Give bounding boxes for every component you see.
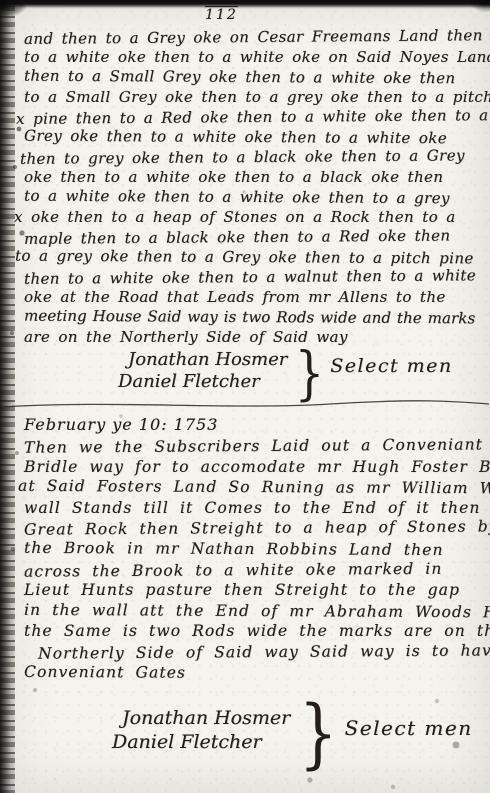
signature-names: Jonathan Hosmer Daniel Fletcher: [122, 706, 290, 754]
manuscript-line: Then we the Subscribers Laid out a Conve…: [24, 434, 486, 458]
manuscript-line: Conveniant Gates: [24, 661, 486, 684]
signature-block-2: Jonathan Hosmer Daniel Fletcher } Select…: [122, 706, 473, 766]
entry-date: February ye 10: 1753: [24, 414, 486, 436]
manuscript-line: the Brook in mr Nathan Robbins Land then: [24, 538, 486, 561]
signature-jonathan-hosmer: Jonathan Hosmer: [122, 706, 290, 730]
manuscript-line: then to a white oke then to a walnut the…: [24, 265, 486, 289]
manuscript-line: oke at the Road that Leads from mr Allen…: [24, 287, 486, 307]
entry-2-bridleway: February ye 10: 1753 Then we the Subscri…: [24, 414, 486, 683]
manuscript-line: Bridle way for to accomodate mr Hugh Fos…: [24, 457, 486, 478]
manuscript-page-scan: 112 and then to a Grey oke on Cesar Free…: [0, 0, 490, 793]
manuscript-line: in the wall att the End of mr Abraham Wo…: [24, 600, 486, 623]
manuscript-line: to a Small Grey oke then to a grey oke t…: [24, 87, 486, 107]
page-corner-shadow-left: [0, 0, 26, 16]
selectmen-label: Select men: [330, 355, 452, 377]
manuscript-line: the Same is two Rods wide the marks are …: [24, 621, 486, 642]
manuscript-line: Lieut Hunts pasture then Streight to the…: [24, 580, 486, 601]
signature-brace: }: [299, 700, 338, 766]
manuscript-line: then to a Small Grey oke then to a white…: [24, 66, 486, 89]
manuscript-line: are on the Northerly Side of Said way: [24, 327, 486, 347]
signature-jonathan-hosmer: Jonathan Hosmer: [128, 349, 287, 371]
manuscript-line: wall Stands till it Comes to the End of …: [24, 498, 486, 519]
manuscript-line: Great Rock then Streight to a heap of St…: [24, 517, 486, 541]
signature-daniel-fletcher: Daniel Fletcher: [118, 371, 287, 393]
signature-names: Jonathan Hosmer Daniel Fletcher: [128, 349, 287, 393]
signature-brace: }: [295, 347, 325, 399]
manuscript-line: x oke then to a heap of Stones on a Rock…: [14, 207, 486, 227]
signature-daniel-fletcher: Daniel Fletcher: [112, 730, 290, 754]
manuscript-line: at Said Fosters Land So Runing as mr Wil…: [18, 476, 486, 499]
manuscript-line: then to grey oke then to a black oke the…: [20, 145, 486, 169]
selectmen-label: Select men: [345, 716, 473, 740]
manuscript-line: oke then to a white oke then to a black …: [24, 167, 486, 187]
page-top-edge: [0, 0, 490, 9]
page-number: 112: [205, 7, 238, 23]
manuscript-line: across the Brook to a white oke marked i…: [24, 558, 486, 582]
scan-specks: [0, 0, 2, 2]
manuscript-line: to a white oke then to a white oke on Sa…: [24, 47, 486, 67]
page-corner-shadow-right: [470, 0, 490, 12]
entry-divider-rule: [0, 396, 490, 412]
manuscript-line: meeting House Said way is two Rods wide …: [24, 306, 486, 329]
manuscript-line: to a white oke then to a white oke then …: [24, 186, 486, 209]
manuscript-line: and then to a Grey oke on Cesar Freemans…: [24, 25, 486, 49]
manuscript-line: Northerly Side of Said way Said way is t…: [38, 640, 486, 664]
entry-1-road-description: and then to a Grey oke on Cesar Freemans…: [24, 27, 486, 347]
signature-block-1: Jonathan Hosmer Daniel Fletcher } Select…: [128, 349, 453, 399]
